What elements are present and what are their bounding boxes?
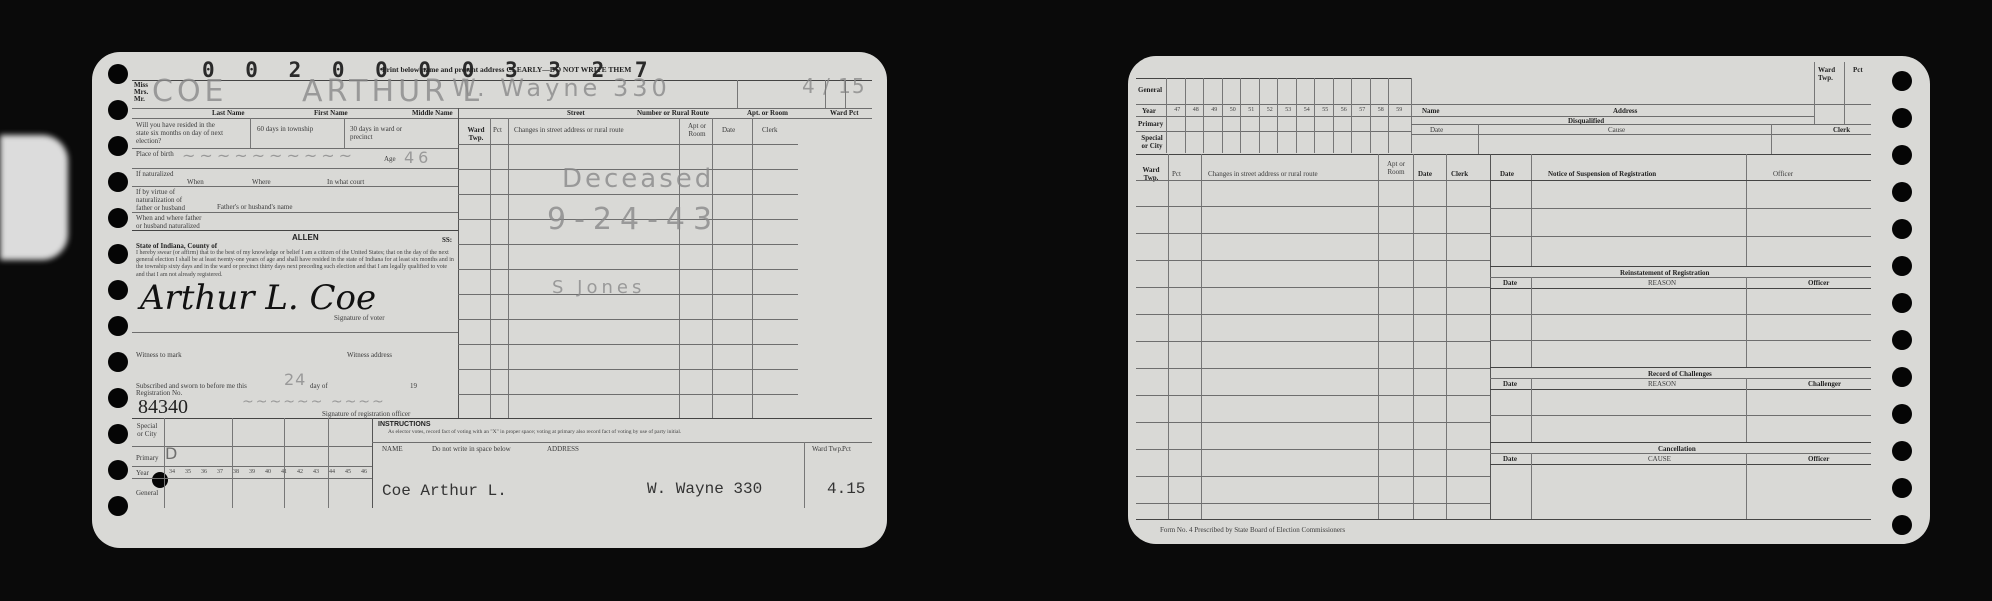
typed-name: Coe Arthur L.	[382, 482, 507, 500]
handwritten-day: 24	[284, 370, 306, 389]
punch-hole	[108, 244, 128, 264]
voter-registration-card-front: 0 0 2 0 0 0 0 3 3 2 7 Print below name a…	[92, 52, 887, 548]
punch-hole	[1892, 367, 1912, 387]
col-pct: Pct	[493, 126, 502, 134]
label-naturalization-father: If by virtue of naturalization of father…	[136, 188, 196, 212]
punch-hole	[108, 136, 128, 156]
instructions-title: INSTRUCTIONS	[378, 421, 431, 429]
row-general: General	[136, 489, 158, 497]
label-street: Street	[567, 109, 585, 117]
label-ward-twp: Ward Twp.	[1818, 66, 1842, 82]
row-primary: Primary	[136, 454, 159, 462]
year-cell: 59	[1390, 107, 1409, 113]
punch-hole	[1892, 71, 1912, 91]
year-cell: 44	[324, 469, 340, 475]
oath-text: I hereby swear (or affirm) that to the b…	[136, 250, 456, 279]
year-cell: 46	[356, 469, 372, 475]
label-first-name: First Name	[314, 109, 348, 117]
index-label-ward: Ward Twp.	[812, 445, 843, 453]
punch-hole	[1892, 330, 1912, 350]
punch-hole	[1892, 182, 1912, 202]
label-where: Where	[252, 178, 271, 186]
punch-hole	[1892, 404, 1912, 424]
label-when-where-father: When and where father or husband natural…	[136, 214, 206, 230]
label-number-route: Number or Rural Route	[637, 109, 709, 117]
voter-registration-card-back: General Year 47 48 49 50 51 52 53 54 55 …	[1128, 56, 1930, 544]
punch-hole	[108, 172, 128, 192]
year-cell: 35	[180, 469, 196, 475]
punch-hole	[108, 352, 128, 372]
index-label-name: NAME	[382, 445, 403, 453]
col-apt-room: Apt or Room	[684, 122, 710, 138]
col-clerk: Clerk	[762, 126, 778, 134]
handwritten-street: W. Wayne 330	[452, 74, 671, 102]
punch-hole	[108, 280, 128, 300]
form-footer: Form No. 4 Prescribed by State Board of …	[1160, 526, 1345, 534]
label-place-of-birth: Place of birth	[136, 150, 176, 158]
suspension-col-notice: Notice of Suspension of Registration	[1548, 170, 1656, 178]
punch-hole	[1892, 478, 1912, 498]
year-cell: 36	[196, 469, 212, 475]
col-ward-twp: Ward Twp.	[464, 126, 488, 142]
punch-hole	[108, 388, 128, 408]
handwritten-age: 46	[404, 148, 432, 167]
challenges-col-reason: REASON	[1648, 380, 1676, 388]
punch-hole	[108, 100, 128, 120]
handwritten-note-deceased: Deceased	[562, 164, 714, 194]
state-heading: State of Indiana, County of	[136, 242, 217, 250]
label-day-of: day of	[310, 382, 328, 390]
year-row-left: 34 35 36 37 38 39 40 41 42 43 44 45 46	[164, 469, 372, 475]
label-in-what-court: In what court	[327, 178, 364, 186]
registrar-signature: ~~~~~~ ~~~~	[242, 394, 386, 410]
handwritten-ward-pct: 4 / 15	[802, 74, 866, 98]
punch-hole	[108, 424, 128, 444]
label-year-prefix: 19	[410, 382, 417, 390]
year-cell: 47	[1168, 107, 1187, 113]
row-year: Year	[1142, 107, 1156, 115]
row-special-city: Special or City	[136, 422, 158, 438]
reinstatement-col-date: Date	[1503, 279, 1517, 287]
punch-hole	[1892, 219, 1912, 239]
year-cell: 53	[1279, 107, 1298, 113]
year-cell: 57	[1353, 107, 1372, 113]
label-residence-question: Will you have resided in the state six m…	[136, 121, 226, 145]
punch-hole	[108, 460, 128, 480]
label-apt-room: Apt. or Room	[747, 109, 788, 117]
row-general: General	[1138, 86, 1162, 94]
col-changes-address: Changes in street address or rural route	[1208, 170, 1318, 178]
punch-hole	[1892, 515, 1912, 535]
label-last-name: Last Name	[212, 109, 244, 117]
year-row-right: 47 48 49 50 51 52 53 54 55 56 57 58 59	[1168, 107, 1409, 113]
handwritten-last-name: COE	[152, 74, 228, 109]
year-cell: 43	[308, 469, 324, 475]
ss-label: SS:	[442, 236, 452, 244]
label-registration-officer: Signature of registration officer	[322, 410, 410, 418]
cancellation-title: Cancellation	[1658, 445, 1696, 453]
handwritten-birthplace: ~~~~~~~~~~	[182, 146, 356, 165]
typed-ward-pct: 4.15	[827, 480, 865, 498]
punch-hole	[1892, 293, 1912, 313]
index-label-note: Do not write in space below	[432, 445, 511, 453]
col-apt-room: Apt or Room	[1383, 160, 1409, 176]
label-disq-clerk: Clerk	[1833, 126, 1850, 134]
punch-hole	[1892, 145, 1912, 165]
voter-signature: Arthur L. Coe	[140, 278, 376, 318]
punch-hole	[108, 496, 128, 516]
year-cell: 34	[164, 469, 180, 475]
label-60-days-township: 60 days in township	[257, 125, 317, 133]
row-year: Year	[136, 469, 149, 477]
col-clerk: Clerk	[1451, 170, 1468, 178]
handwritten-note-initials: S Jones	[552, 277, 645, 298]
index-label-pct: Pct	[842, 445, 851, 453]
index-label-address: ADDRESS	[547, 445, 579, 453]
year-cell: 51	[1242, 107, 1261, 113]
cancellation-col-cause: CAUSE	[1648, 455, 1671, 463]
challenges-col-date: Date	[1503, 380, 1517, 388]
punch-hole	[1892, 108, 1912, 128]
header-instruction: Print below name and present address CLE…	[382, 66, 631, 74]
year-cell: 38	[228, 469, 244, 475]
punch-hole	[1892, 256, 1912, 276]
punch-hole	[108, 64, 128, 84]
typed-address: W. Wayne 330	[647, 480, 762, 498]
label-ward-pct: Ward Pct	[830, 109, 859, 117]
label-father-name: Father's or husband's name	[217, 203, 292, 211]
label-pct: Pct	[1853, 66, 1863, 74]
label-naturalized: If naturalized	[136, 170, 176, 178]
label-when: When	[187, 178, 204, 186]
challenges-title: Record of Challenges	[1648, 370, 1712, 378]
cancellation-col-date: Date	[1503, 455, 1517, 463]
scanner-artifact	[0, 135, 68, 260]
registration-number: 84340	[138, 396, 188, 419]
year-cell: 39	[244, 469, 260, 475]
label-age: Age	[384, 155, 396, 163]
suspension-col-date: Date	[1500, 170, 1514, 178]
year-cell: 37	[212, 469, 228, 475]
col-pct: Pct	[1172, 170, 1181, 178]
salutation-mr: Mr.	[134, 96, 145, 103]
year-cell: 40	[260, 469, 276, 475]
reinstatement-title: Reinstatement of Registration	[1620, 269, 1709, 277]
label-disq-date: Date	[1430, 126, 1443, 134]
reinstatement-col-officer: Officer	[1808, 279, 1829, 287]
col-date: Date	[722, 126, 735, 134]
label-witness-address: Witness address	[347, 351, 392, 359]
reinstatement-col-reason: REASON	[1648, 279, 1676, 287]
handwritten-note-date: 9-24-43	[547, 202, 720, 237]
label-name: Name	[1422, 107, 1440, 115]
primary-party-mark: D	[165, 444, 181, 463]
suspension-col-officer: Officer	[1773, 170, 1793, 178]
punch-hole	[108, 316, 128, 336]
county-value: ALLEN	[292, 234, 319, 242]
punch-hole	[1892, 441, 1912, 461]
year-cell: 45	[340, 469, 356, 475]
year-cell: 49	[1205, 107, 1224, 113]
label-witness-mark: Witness to mark	[136, 351, 182, 359]
label-address: Address	[1613, 107, 1637, 115]
punch-hole	[108, 208, 128, 228]
row-special-city: Special or City	[1140, 134, 1164, 150]
col-date: Date	[1418, 170, 1432, 178]
label-30-days-ward: 30 days in ward or precinct	[350, 125, 420, 141]
instructions-text: As elector votes, record fact of voting …	[388, 429, 788, 436]
row-primary: Primary	[1138, 120, 1163, 128]
label-middle-name: Middle Name	[412, 109, 453, 117]
year-cell: 42	[292, 469, 308, 475]
year-cell: 55	[1316, 107, 1335, 113]
challenges-col-challenger: Challenger	[1808, 380, 1841, 388]
label-disq-cause: Cause	[1608, 126, 1625, 134]
label-signature-voter: Signature of voter	[334, 314, 385, 322]
col-changes-address: Changes in street address or rural route	[514, 126, 624, 134]
cancellation-col-officer: Officer	[1808, 455, 1829, 463]
